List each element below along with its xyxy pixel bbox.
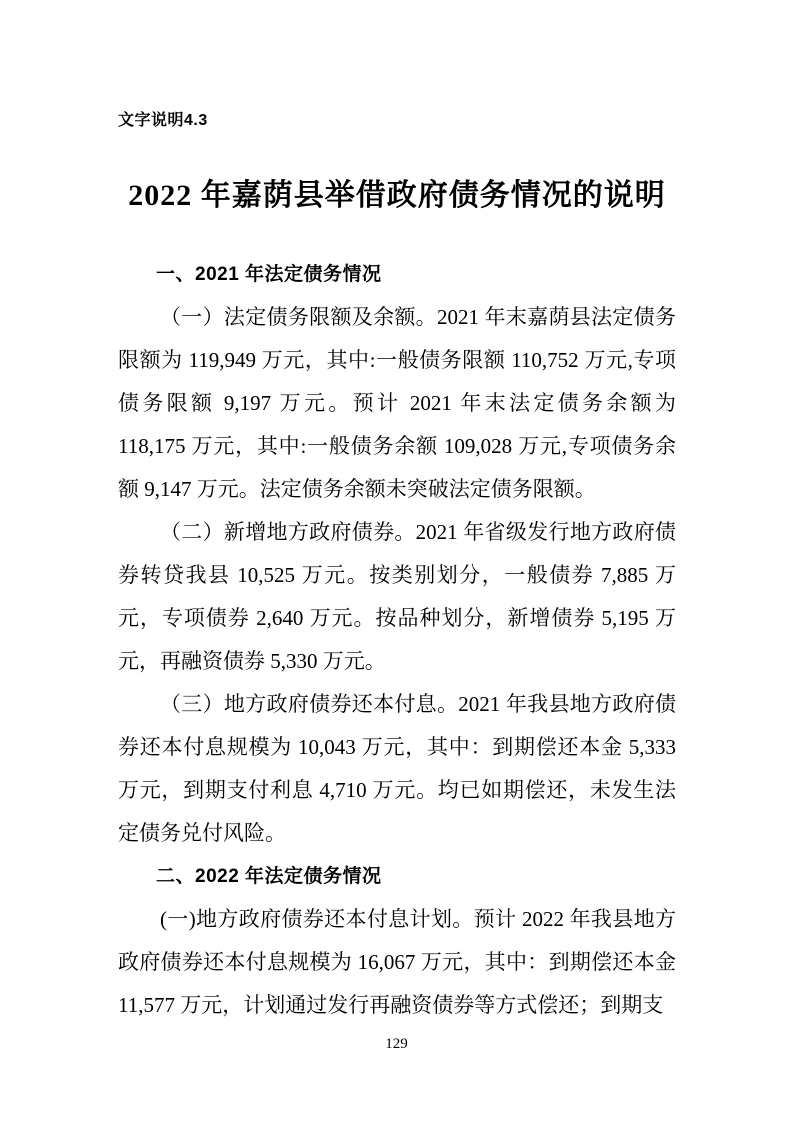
- page-number: 129: [0, 1036, 793, 1053]
- paragraph-principal-interest-2021: （三）地方政府债券还本付息。2021 年我县地方政府债券还本付息规模为 10,0…: [118, 683, 676, 855]
- doc-label: 文字说明4.3: [118, 110, 676, 132]
- paragraph-debt-limit-balance: （一）法定债务限额及余额。2021 年末嘉荫县法定债务限额为 119,949 万…: [118, 296, 676, 511]
- section-heading-2: 二、2022 年法定债务情况: [118, 855, 676, 898]
- document-title: 2022 年嘉荫县举借政府债务情况的说明: [118, 174, 676, 218]
- paragraph-new-bonds: （二）新增地方政府债券。2021 年省级发行地方政府债券转贷我县 10,525 …: [118, 511, 676, 683]
- paragraph-principal-interest-plan-2022: (一)地方政府债券还本付息计划。预计 2022 年我县地方政府债券还本付息规模为…: [118, 898, 676, 1027]
- document-body: 一、2021 年法定债务情况 （一）法定债务限额及余额。2021 年末嘉荫县法定…: [118, 253, 676, 1027]
- section-heading-1: 一、2021 年法定债务情况: [118, 253, 676, 296]
- document-page: 文字说明4.3 2022 年嘉荫县举借政府债务情况的说明 一、2021 年法定债…: [0, 0, 793, 1122]
